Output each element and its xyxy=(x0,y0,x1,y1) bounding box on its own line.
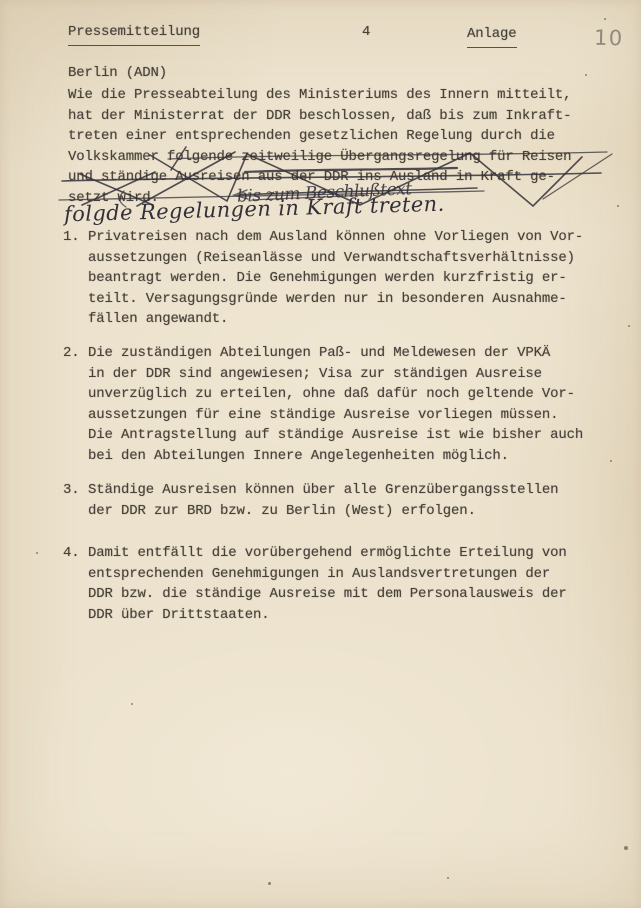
list-item-2: 2. Die zuständigen Abteilungen Paß- und … xyxy=(63,343,583,467)
item-line: in der DDR sind angewiesen; Visa zur stä… xyxy=(88,364,583,385)
item-body: Ständige Ausreisen können über alle Gren… xyxy=(88,480,558,521)
dust-speck xyxy=(617,205,619,207)
typed-page-number: 4 xyxy=(362,22,370,43)
list-item-3: 3. Ständige Ausreisen können über alle G… xyxy=(63,480,558,521)
item-line: der DDR zur BRD bzw. zu Berlin (West) er… xyxy=(88,501,558,522)
dust-speck xyxy=(447,877,449,879)
scanned-press-release-page: Pressemitteilung 4 Anlage 10 Berlin (ADN… xyxy=(0,0,641,908)
dust-speck xyxy=(36,552,38,554)
item-number: 1. xyxy=(63,227,88,330)
item-line: aussetzungen (Reiseanlässe und Verwandts… xyxy=(88,248,583,269)
item-line: aussetzungen für eine ständige Ausreise … xyxy=(88,405,583,426)
page-title: Pressemitteilung xyxy=(68,22,200,46)
item-number: 2. xyxy=(63,343,88,467)
item-line: beantragt werden. Die Genehmigungen werd… xyxy=(88,268,583,289)
pencil-page-number: 10 xyxy=(594,28,624,49)
dust-speck xyxy=(624,846,628,850)
list-item-1: 1. Privatreisen nach dem Ausland können … xyxy=(63,227,583,330)
item-number: 3. xyxy=(63,480,88,521)
item-body: Damit entfällt die vorübergehend ermögli… xyxy=(88,543,567,625)
intro-line-prefix: Volkskammer xyxy=(68,149,167,165)
item-body: Privatreisen nach dem Ausland können ohn… xyxy=(88,227,583,330)
item-line: unverzüglich zu erteilen, ohne daß dafür… xyxy=(88,384,583,405)
dust-speck xyxy=(268,882,271,885)
dust-speck xyxy=(131,703,133,705)
dateline: Berlin (ADN) xyxy=(68,63,167,84)
item-line: Damit entfällt die vorübergehend ermögli… xyxy=(88,543,567,564)
item-line: bei den Abteilungen Innere Angelegenheit… xyxy=(88,446,583,467)
struck-text: folgende zeitweilige Übergangsregelung f… xyxy=(167,149,571,165)
item-body: Die zuständigen Abteilungen Paß- und Mel… xyxy=(88,343,583,467)
item-line: Die zuständigen Abteilungen Paß- und Mel… xyxy=(88,343,583,364)
intro-line: treten einer entsprechenden gesetzlichen… xyxy=(68,126,571,147)
item-line: Die Antragstellung auf ständige Ausreise… xyxy=(88,425,583,446)
item-line: DDR bzw. die ständige Ausreise mit dem P… xyxy=(88,584,567,605)
item-line: fällen angewandt. xyxy=(88,309,583,330)
item-number: 4. xyxy=(63,543,88,625)
list-item-4: 4. Damit entfällt die vorübergehend ermö… xyxy=(63,543,567,625)
item-line: teilt. Versagungsgründe werden nur in be… xyxy=(88,289,583,310)
intro-line: Wie die Presseabteilung des Ministeriums… xyxy=(68,85,571,106)
dust-speck xyxy=(610,460,612,462)
dust-speck xyxy=(585,74,587,76)
item-line: DDR über Drittstaaten. xyxy=(88,605,567,626)
dust-speck xyxy=(628,325,630,327)
item-line: Privatreisen nach dem Ausland können ohn… xyxy=(88,227,583,248)
annex-label: Anlage xyxy=(467,24,517,48)
item-line: Ständige Ausreisen können über alle Gren… xyxy=(88,480,558,501)
item-line: entsprechenden Genehmigungen in Auslands… xyxy=(88,564,567,585)
intro-line: hat der Ministerrat der DDR beschlossen,… xyxy=(68,106,571,127)
intro-line-struck: Volkskammer folgende zeitweilige Übergan… xyxy=(68,147,571,168)
dust-speck xyxy=(604,18,606,20)
